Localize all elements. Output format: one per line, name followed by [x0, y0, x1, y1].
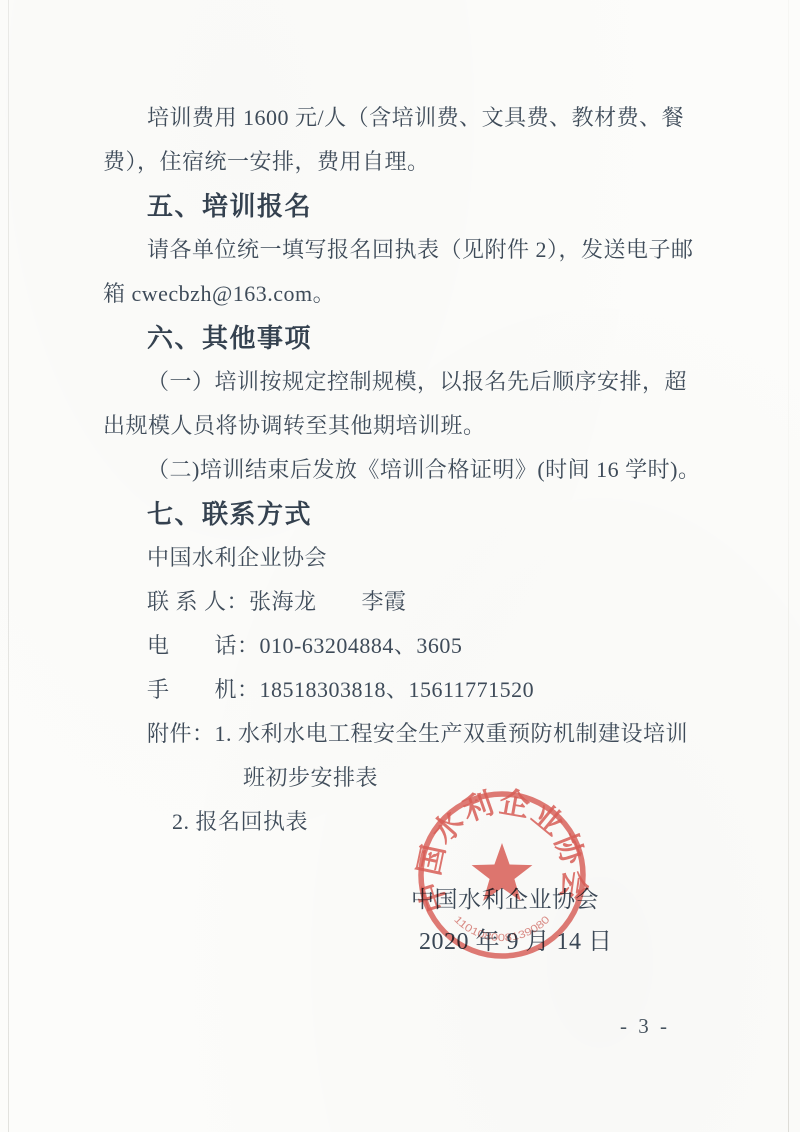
doc-line: 中国水利企业协会 [103, 536, 703, 580]
doc-line: 费），住宿统一安排，费用自理。 [103, 140, 703, 184]
section-heading-6: 六、其他事项 [103, 316, 703, 360]
document-body: 培训费用 1600 元/人（含培训费、文具费、教材费、餐 费），住宿统一安排，费… [103, 96, 703, 844]
scan-edge-left [8, 0, 9, 1132]
mobile-line: 手 机：18518303818、15611771520 [103, 668, 703, 712]
doc-line: 培训费用 1600 元/人（含培训费、文具费、教材费、餐 [103, 96, 703, 140]
phone-line: 电 话：010-63204884、3605 [103, 624, 703, 668]
star-icon [472, 843, 533, 901]
page-number: - 3 - [595, 1014, 695, 1039]
seal-serial-number: 110108008139080 [451, 914, 552, 945]
contact-person-line: 联 系 人：张海龙 李霞 [103, 580, 703, 624]
scanned-document-page: 培训费用 1600 元/人（含培训费、文具费、教材费、餐 费），住宿统一安排，费… [0, 0, 800, 1132]
section-heading-5: 五、培训报名 [103, 184, 703, 228]
doc-line: （二)培训结束后发放《培训合格证明》(时间 16 学时)。 [103, 448, 703, 492]
section-heading-7: 七、联系方式 [103, 492, 703, 536]
official-seal: 中国水利企业协会 110108008139080 [392, 765, 612, 985]
doc-line: 请各单位统一填写报名回执表（见附件 2），发送电子邮 [103, 228, 703, 272]
doc-line: （一）培训按规定控制规模，以报名先后顺序安排，超 [103, 360, 703, 404]
doc-line: 出规模人员将协调转至其他期培训班。 [103, 404, 703, 448]
doc-line: 箱 cwecbzh@163.com。 [103, 272, 703, 316]
scan-edge-right [788, 0, 789, 1132]
attachment-line-1: 附件：1. 水利水电工程安全生产双重预防机制建设培训 [103, 712, 703, 756]
